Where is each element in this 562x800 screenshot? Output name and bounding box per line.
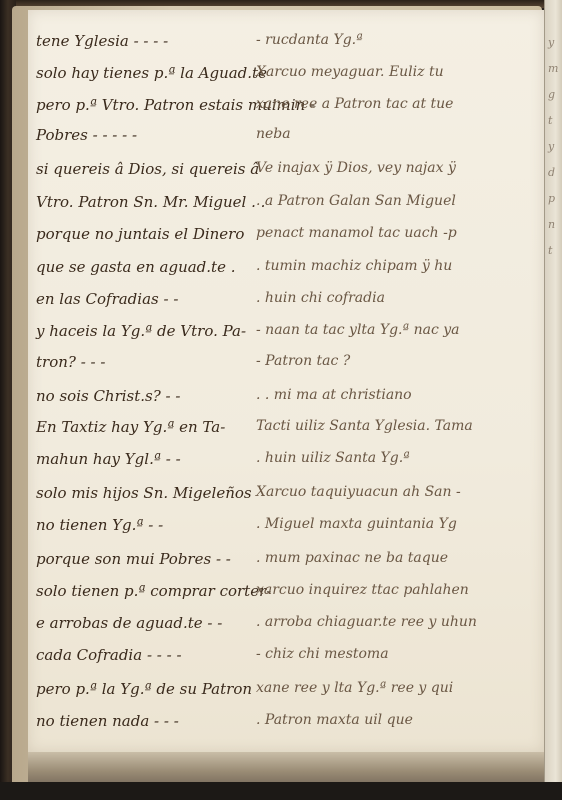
spanish-line: y haceis la Yg.ª de Vtro. Pa- — [36, 322, 246, 340]
mayan-line: - rucdanta Yg.ª — [256, 32, 363, 48]
spanish-line: solo hay tienes p.ª la Aguad.te — [36, 64, 267, 82]
spanish-line: Vtro. Patron Sn. Mr. Miguel . . — [36, 193, 265, 211]
spanish-line: e arrobas de aguad.te - - — [36, 614, 222, 632]
mayan-line: . arroba chiaguar.te ree y uhun — [256, 614, 477, 630]
mayan-line: xarcuo inquirez ttac pahlahen — [256, 582, 469, 598]
mayan-line: . Patron maxta uil que — [256, 712, 413, 728]
mayan-line: Xarcuo taquiyuacun ah San - — [256, 484, 461, 500]
spanish-line: solo tienen p.ª comprar corter- — [36, 582, 271, 600]
spanish-line: Pobres - - - - - — [36, 126, 137, 144]
mayan-line: . tumin machiz chipam ÿ hu — [256, 258, 452, 274]
mayan-line: - naan ta tac ylta Yg.ª nac ya — [256, 322, 460, 338]
mayan-line: - Patron tac ? — [256, 353, 350, 369]
spanish-line: tene Yglesia - - - - — [36, 32, 168, 50]
spanish-line: que se gasta en aguad.te . — [36, 258, 236, 276]
spanish-line: tron? - - - — [36, 353, 105, 371]
mayan-line: xane ree a Patron tac at tue — [256, 96, 453, 112]
spanish-line: en las Cofradias - - — [36, 290, 178, 308]
mayan-line: - chiz chi mestoma — [256, 646, 389, 662]
spanish-line: no sois Christ.s? - - — [36, 387, 180, 405]
book-binding-bottom — [0, 782, 562, 800]
mayan-line: Tacti uiliz Santa Yglesia. Tama — [256, 418, 473, 434]
spanish-line: solo mis hijos Sn. Migeleños — [36, 484, 252, 502]
spanish-line: En Taxtiz hay Yg.ª en Ta- — [36, 418, 225, 436]
spanish-line: mahun hay Ygl.ª - - — [36, 450, 181, 468]
mayan-line: xane ree y lta Yg.ª ree y qui — [256, 680, 453, 696]
mayan-line: neba — [256, 126, 291, 142]
spanish-line: cada Cofradia - - - - — [36, 646, 182, 664]
spanish-line: no tienen nada - - - — [36, 712, 179, 730]
mayan-line: . Miguel maxta guintania Yg — [256, 516, 457, 532]
spanish-line: porque no juntais el Dinero — [36, 225, 244, 243]
mayan-line: . . mi ma at christiano — [256, 387, 412, 403]
spanish-line: no tienen Yg.ª - - — [36, 516, 163, 534]
mayan-line: . mum paxinac ne ba taque — [256, 550, 448, 566]
mayan-line: Ve inajax ÿ Dios, vey najax ÿ — [256, 160, 456, 176]
mayan-line: penact manamol tac uach -p — [256, 225, 457, 241]
mayan-line: . huin uiliz Santa Yg.ª — [256, 450, 410, 466]
mayan-line: Xarcuo meyaguar. Euliz tu — [256, 64, 444, 80]
mayan-line: . a Patron Galan San Miguel — [256, 193, 456, 209]
spanish-line: si quereis â Dios, si quereis â — [36, 160, 259, 178]
spanish-line: pero p.ª la Yg.ª de su Patron — [36, 680, 252, 698]
facing-page-text: y m g t y d p n t — [548, 30, 560, 264]
page-bottom-stain — [28, 752, 544, 784]
manuscript-page — [28, 10, 544, 752]
spanish-line: porque son mui Pobres - - — [36, 550, 231, 568]
mayan-line: . huin chi cofradia — [256, 290, 385, 306]
